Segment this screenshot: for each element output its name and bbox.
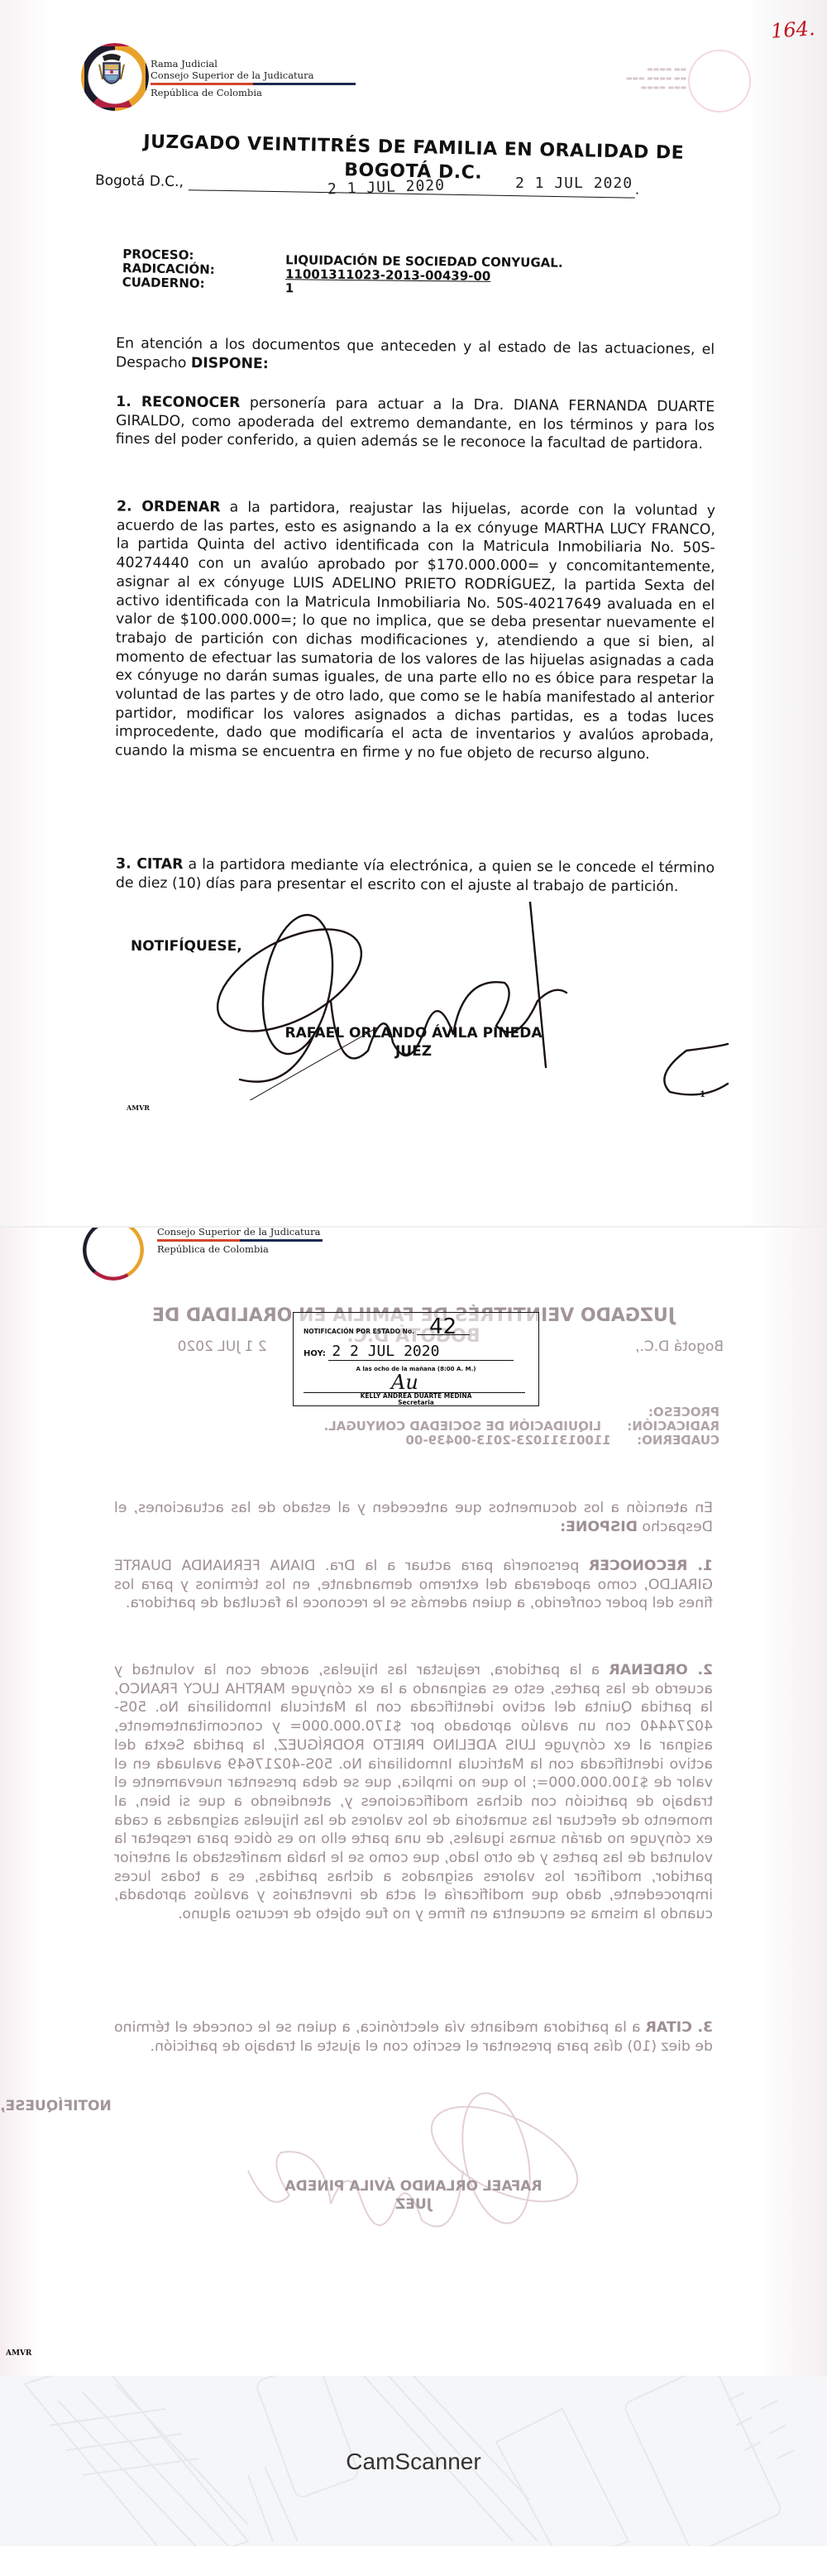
dispone-keyword: DISPONE: — [191, 355, 269, 372]
mirrored-lead: 3. CITAR — [646, 2019, 713, 2036]
order-item-text: a la partidora mediante vía electrónica,… — [116, 856, 715, 895]
mirrored-lead: 2. ORDENAR — [609, 1662, 713, 1678]
intro-paragraph: En atención a los documentos que anteced… — [116, 334, 715, 378]
camscanner-banner: CamScanner — [0, 2376, 827, 2546]
value-cuaderno: 1 — [285, 281, 563, 299]
mirrored-label: PROCESO: — [648, 1405, 719, 1420]
date-stamp: 2 1 JUL 2020 — [327, 177, 446, 199]
mirrored-bold: DISPONE: — [560, 1519, 638, 1535]
mirrored-lead: 1. RECONOCER — [589, 1558, 713, 1574]
letterhead-rule — [151, 83, 356, 85]
mirrored-judge-block: RAFAEL ORLANDO ÁVILA PINEDA JUEZ — [0, 2177, 827, 2214]
order-item-lead: 2. ORDENAR — [117, 498, 221, 515]
order-item-text: a la partidora, reajustar las hijuelas, … — [115, 499, 715, 763]
letterhead-rule — [157, 1239, 323, 1242]
mirrored-text: a la partidora, reajustar las hijuelas, … — [114, 1662, 713, 1922]
mirrored-date-label: Bogotá D.C., — [635, 1338, 724, 1355]
typist-initials: AMVR — [6, 2349, 31, 2358]
date-stamp: 2 1 JUL 2020 — [515, 175, 633, 192]
camscanner-brand: CamScanner — [0, 2449, 827, 2475]
notification-stamp: NOTIFICACIÓN POR ESTADO No. 42 HOY: 2 2 … — [293, 1312, 539, 1406]
notification-date: 2 2 JUL 2020 — [328, 1343, 514, 1361]
order-item-1: 1. RECONOCER personería para actuar a la… — [116, 393, 715, 454]
mirrored-label: RADICACIÓN: — [627, 1419, 719, 1434]
order-item-lead: 3. CITAR — [116, 855, 184, 873]
letterhead-line-1: Rama Judicial — [151, 58, 356, 69]
mirrored-label: CUADERNO: — [637, 1433, 719, 1448]
order-item-2: 2. ORDENAR a la partidora, reajustar las… — [115, 497, 715, 764]
document-page-1: 164. Rama Judicial Consejo Superior de l… — [0, 0, 827, 1226]
letterhead-line-3: República de Colombia — [151, 87, 356, 98]
mirrored-item-1: 1. RECONOCER personería para actuar a la… — [114, 1557, 713, 1613]
judge-role: JUEZ — [0, 1042, 827, 1061]
mirrored-intro: En atención a los documentos que anteced… — [114, 1499, 713, 1536]
judge-name: RAFAEL ORLANDO ÁVILA PINEDA — [0, 1024, 827, 1042]
date-label: Bogotá D.C., — [95, 172, 184, 190]
letterhead: Consejo Superior de la Judicatura Repúbl… — [157, 1228, 323, 1255]
secretary-signature-icon: Au — [391, 1371, 418, 1394]
notification-number: 42 — [417, 1319, 470, 1335]
document-page-2: Consejo Superior de la Judicatura Repúbl… — [0, 1228, 827, 2376]
secretary-role: Secretaria — [294, 1399, 538, 1406]
mirrored-judge-role: JUEZ — [0, 2195, 827, 2214]
hoy-label: HOY: — [304, 1349, 326, 1358]
page-number: 1 — [700, 1090, 705, 1099]
rama-judicial-logo-ring-icon — [83, 1228, 144, 1281]
judge-block: RAFAEL ORLANDO ÁVILA PINEDA JUEZ — [0, 1024, 827, 1061]
order-item-lead: 1. RECONOCER — [116, 394, 240, 411]
mirrored-item-3: 3. CITAR a la partidora mediante vía ele… — [114, 2018, 713, 2056]
colombia-coat-of-arms-icon — [96, 53, 127, 94]
mirrored-signature-icon — [50, 2080, 629, 2245]
value-radicacion: 11001311023-2013-00439-00 — [285, 267, 563, 285]
label-cuaderno: CUADERNO: — [122, 275, 215, 291]
letterhead-line-2: Consejo Superior de la Judicatura — [157, 1228, 323, 1238]
folio-number: 164. — [770, 17, 815, 43]
case-meta-values: LIQUIDACIÓN DE SOCIEDAD CONYUGAL. 110013… — [285, 253, 563, 299]
bleed-through-letterhead: ▬▬▬▬ ▬▬▬▬▬ ▬▬▬▬ ▬▬▬▬▬▬ ▬▬▬ — [612, 65, 686, 92]
mirrored-value: LIQUIDACIÓN DE SOCIEDAD CONYUGAL. — [324, 1419, 601, 1434]
mirrored-date-stamp: 2 1 JUL 2020 — [178, 1338, 267, 1355]
typist-initials: AMVR — [127, 1104, 150, 1112]
letterhead-line-2: Consejo Superior de la Judicatura — [151, 69, 356, 81]
letterhead-line-3: República de Colombia — [157, 1243, 323, 1255]
notification-number-row: NOTIFICACIÓN POR ESTADO No. 42 — [304, 1319, 470, 1335]
letterhead: Rama Judicial Consejo Superior de la Jud… — [151, 58, 356, 98]
mirrored-item-2: 2. ORDENAR a la partidora, reajustar las… — [114, 1661, 713, 1924]
case-meta-labels: PROCESO: RADICACIÓN: CUADERNO: — [122, 247, 216, 291]
order-item-3: 3. CITAR a la partidora mediante vía ele… — [116, 855, 715, 896]
judge-signature-icon — [190, 902, 753, 1100]
mirrored-text: a la partidora mediante vía electrónica,… — [114, 2019, 713, 2055]
notification-date-row: HOY: 2 2 JUL 2020 — [304, 1343, 514, 1361]
mirrored-judge-name: RAFAEL ORLANDO ÁVILA PINEDA — [0, 2177, 827, 2195]
notification-label: NOTIFICACIÓN POR ESTADO No. — [304, 1328, 414, 1335]
mirrored-value: 11001311023-2013-00439-00 — [405, 1433, 610, 1448]
mirrored-case-meta: PROCESO: RADICACIÓN: LIQUIDACIÓN DE SOCI… — [91, 1405, 719, 1448]
bleed-through-seal-icon — [688, 50, 751, 113]
